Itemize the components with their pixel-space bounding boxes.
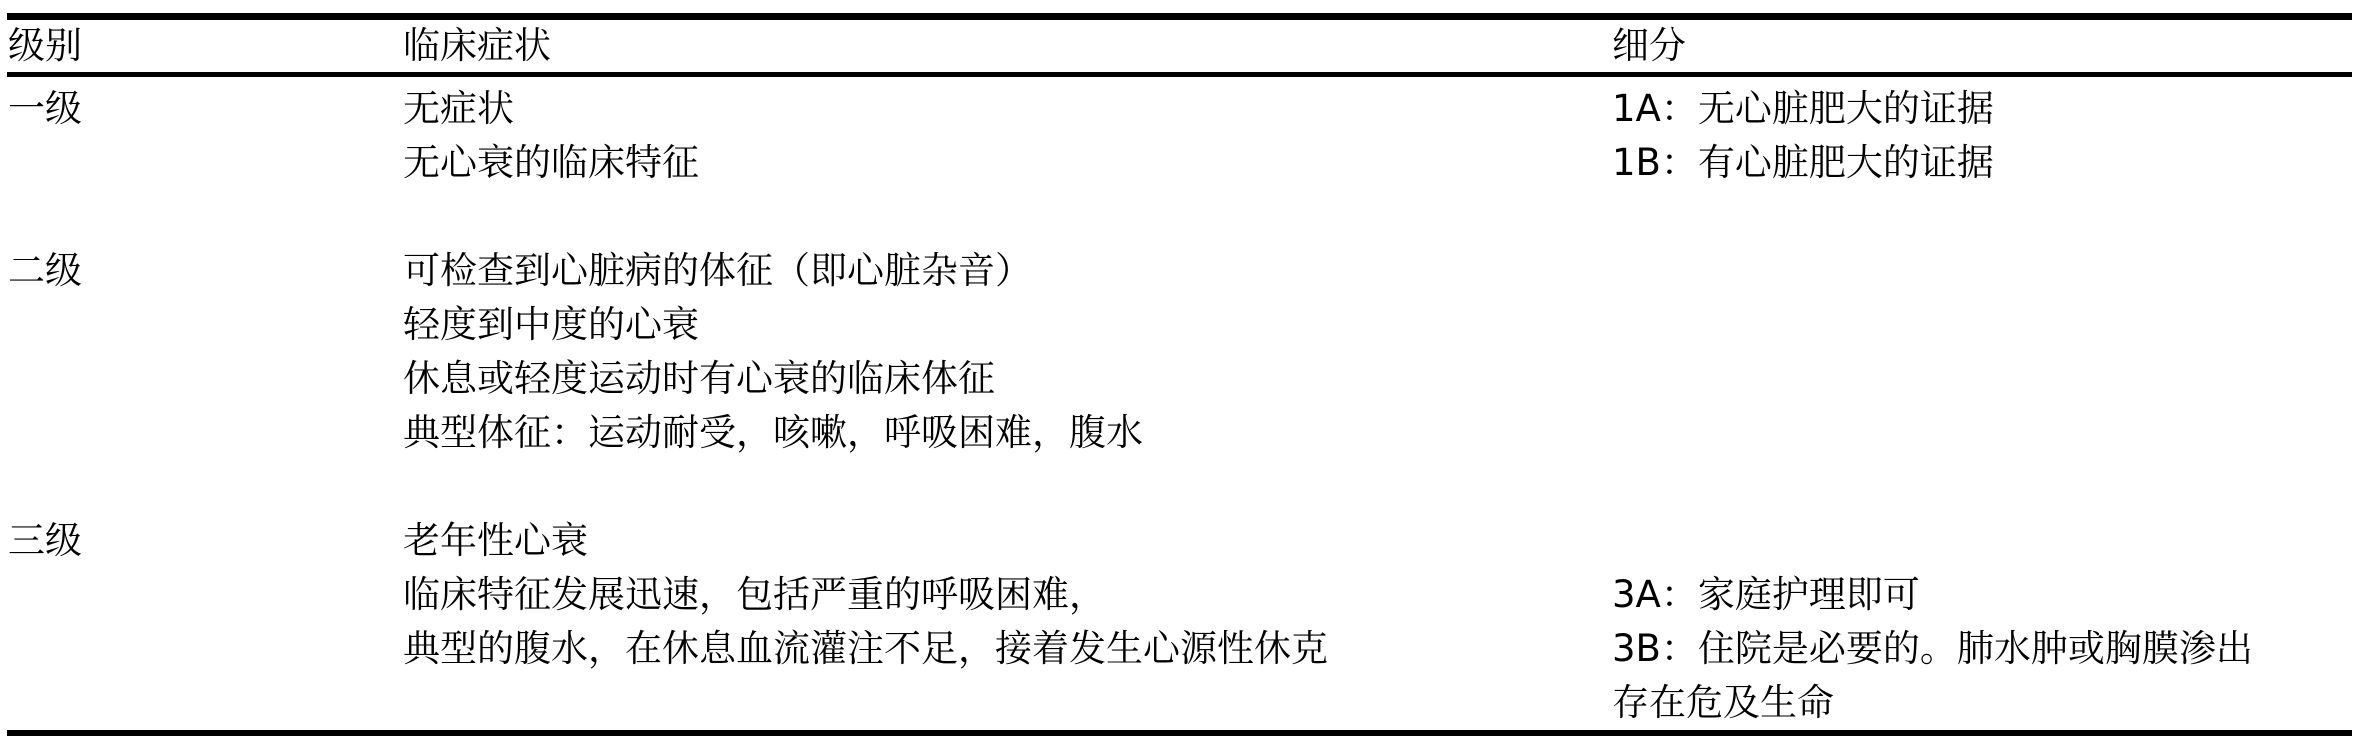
cell-line	[1612, 514, 2352, 568]
cell-line: 1B：有心脏肥大的证据	[1612, 136, 2352, 190]
cell-line: 临床特征发展迅速，包括严重的呼吸困难，	[403, 568, 1612, 622]
table-top-border	[7, 13, 2352, 20]
table-body: 一级 无症状无心衰的临床特征 1A：无心脏肥大的证据1B：有心脏肥大的证据 二级…	[7, 77, 2352, 730]
header-cell-symptoms: 临床症状	[403, 20, 1612, 72]
level-cell: 一级	[7, 82, 403, 190]
cell-line: 无心衰的临床特征	[403, 136, 1612, 190]
cell-line: 存在危及生命	[1612, 676, 2352, 730]
table-row-group: 二级 可检查到心脏病的体征（即心脏杂音）轻度到中度的心衰休息或轻度运动时有心衰的…	[7, 244, 2352, 460]
cell-line: 1A：无心脏肥大的证据	[1612, 82, 2352, 136]
cell-line: 可检查到心脏病的体征（即心脏杂音）	[403, 244, 1612, 298]
table-bottom-border	[7, 730, 2352, 736]
cell-line: 典型的腹水，在休息血流灌注不足，接着发生心源性休克	[403, 622, 1612, 676]
level-cell: 三级	[7, 514, 403, 730]
level-cell: 二级	[7, 244, 403, 460]
cell-line: 典型体征：运动耐受，咳嗽，呼吸困难，腹水	[403, 406, 1612, 460]
subdivision-cell: 1A：无心脏肥大的证据1B：有心脏肥大的证据	[1612, 82, 2352, 190]
cell-line: 轻度到中度的心衰	[403, 298, 1612, 352]
cell-line: 三级	[8, 514, 403, 568]
cell-line: 老年性心衰	[403, 514, 1612, 568]
table-row-group: 三级 老年性心衰临床特征发展迅速，包括严重的呼吸困难，典型的腹水，在休息血流灌注…	[7, 514, 2352, 730]
symptoms-cell: 可检查到心脏病的体征（即心脏杂音）轻度到中度的心衰休息或轻度运动时有心衰的临床体…	[403, 244, 1612, 460]
cell-line: 3A：家庭护理即可	[1612, 568, 2352, 622]
symptoms-cell: 无症状无心衰的临床特征	[403, 82, 1612, 190]
header-cell-level: 级别	[7, 20, 403, 72]
subdivision-cell	[1612, 244, 2352, 460]
classification-table: 级别 临床症状 细分 一级 无症状无心衰的临床特征 1A：无心脏肥大的证据1B：…	[7, 13, 2352, 736]
symptoms-cell: 老年性心衰临床特征发展迅速，包括严重的呼吸困难，典型的腹水，在休息血流灌注不足，…	[403, 514, 1612, 730]
table-row-group: 一级 无症状无心衰的临床特征 1A：无心脏肥大的证据1B：有心脏肥大的证据	[7, 82, 2352, 190]
cell-line: 休息或轻度运动时有心衰的临床体征	[403, 352, 1612, 406]
cell-line: 无症状	[403, 82, 1612, 136]
cell-line: 二级	[8, 244, 403, 298]
header-cell-subdivision: 细分	[1612, 20, 2352, 72]
subdivision-cell: 3A：家庭护理即可3B：住院是必要的。肺水肿或胸膜渗出存在危及生命	[1612, 514, 2352, 730]
cell-line: 3B：住院是必要的。肺水肿或胸膜渗出	[1612, 622, 2352, 676]
cell-line: 一级	[8, 82, 403, 136]
table-header-row: 级别 临床症状 细分	[7, 20, 2352, 72]
